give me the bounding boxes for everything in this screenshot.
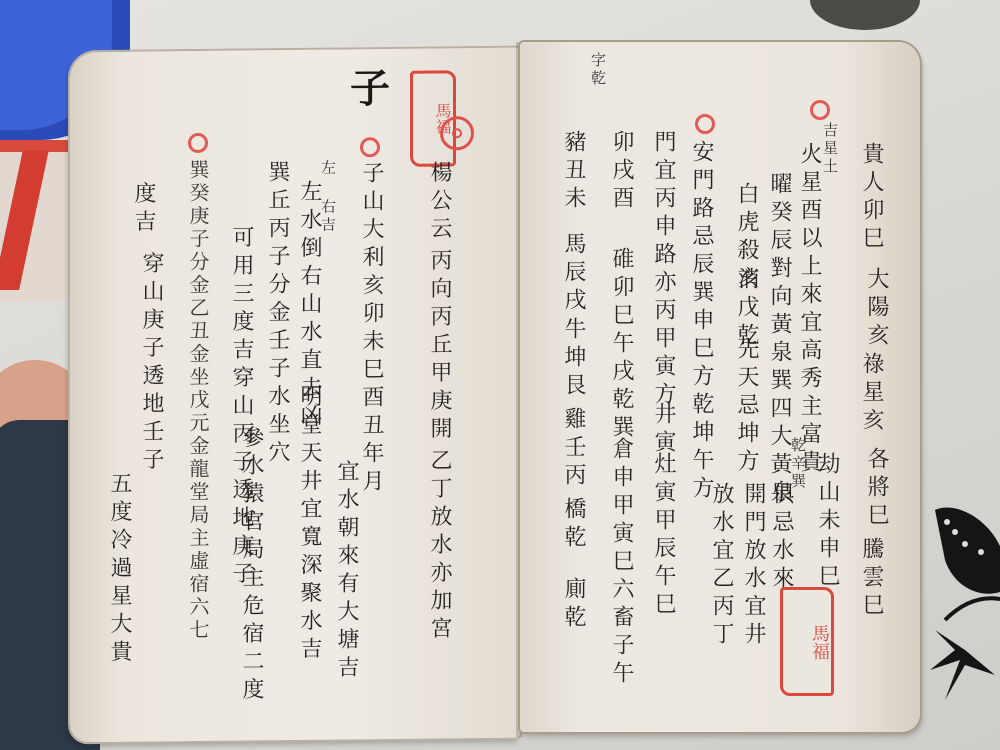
text-column: 卯戌酉 (610, 130, 632, 214)
text-column: 曜癸辰對向黃泉巽四大黃泉 (768, 172, 790, 508)
text-column: 騰雲巳 (860, 537, 882, 621)
text-column: 放水宜乙丙丁 (710, 482, 732, 650)
left-page: 子 馬福 楊公云 丙向丙丘甲庚開 乙丁放水亦加宮 子山大利亥卯未巳酉丑年月 宜水… (70, 48, 520, 743)
open-manuscript: 子 馬福 楊公云 丙向丙丘甲庚開 乙丁放水亦加宮 子山大利亥卯未巳酉丑年月 宜水… (70, 42, 930, 732)
annotation: 左 右吉 (320, 160, 335, 235)
annotation: 吉星土 (822, 122, 837, 176)
text-column: 劫山未申巳 (816, 452, 838, 592)
red-circle-marker-icon (360, 137, 380, 157)
text-column: 廁乾 (562, 577, 584, 633)
text-column: 路亦丙甲寅方 (652, 242, 674, 410)
text-column: 穿山庚子透地壬子 (140, 251, 162, 475)
text-column: 楊公云 (428, 160, 450, 244)
text-column: 明堂天井宜寬深聚水吉 (298, 385, 320, 665)
page-heading: 子 (350, 69, 396, 109)
text-column: 牛坤艮 (562, 317, 584, 401)
text-column: 祿星亥 (860, 352, 882, 436)
text-column: 俱忌水來 (770, 482, 792, 594)
red-circle-marker-icon (188, 133, 208, 153)
text-column: 豬丑未 (562, 130, 584, 214)
text-column: 五度冷過星大貴 (108, 472, 130, 668)
text-column: 馬辰戌 (562, 232, 584, 316)
text-column: 火星酉以上來宜高秀主富貴 (798, 142, 820, 478)
text-column: 井寅 (652, 402, 674, 458)
butterfly-decal-icon (925, 500, 1000, 720)
right-page: 字乾 貴人卯巳 大陽亥 祿星亥 各將巳 騰雲巳 吉星土 火星酉以上來宜高秀主富貴… (520, 42, 920, 732)
text-column: 巽丘丙子分金壬子水坐穴 (266, 160, 288, 468)
text-column: 各將巳 (865, 447, 887, 531)
text-column: 度吉 (132, 181, 154, 237)
text-column: 開門放水宜井 (742, 482, 764, 650)
red-circle-marker-icon (695, 114, 715, 134)
text-column: 可用三度吉穿山丙子透地庚子 (230, 225, 252, 589)
top-note: 字乾 (590, 52, 605, 88)
red-seal-stamp: 馬福 (780, 587, 834, 696)
text-column: 碓卯巳午戌乾巽 (610, 247, 632, 443)
text-column: 宜水朝來有大塘吉 (335, 459, 357, 683)
text-column: 乙丁放水亦加宮 (428, 448, 450, 644)
text-column: 大陽亥 (865, 267, 887, 351)
text-column: 巽癸庚子分金乙丑金坐戊元金龍堂局主虛宿六七 (188, 159, 208, 642)
round-seal-icon (440, 116, 474, 150)
text-column: 雞壬丙 (562, 407, 584, 491)
text-column: 子山大利亥卯未巳酉丑年月 (360, 161, 382, 497)
red-circle-marker-icon (810, 100, 830, 120)
text-column: 門宜丙申 (652, 130, 674, 242)
text-column: 灶寅甲辰午巳 (652, 452, 674, 620)
text-column: 貴人卯巳 (860, 142, 882, 254)
text-column: 丙向丙丘甲庚開 (428, 248, 450, 444)
text-column: 安門路忌辰巽申巳方乾坤午方 (690, 140, 712, 504)
text-column: 橋乾 (562, 497, 584, 553)
text-column: 先天忌坤方 (735, 337, 757, 477)
text-column: 倉申甲寅巳六畜子午 (610, 437, 632, 689)
